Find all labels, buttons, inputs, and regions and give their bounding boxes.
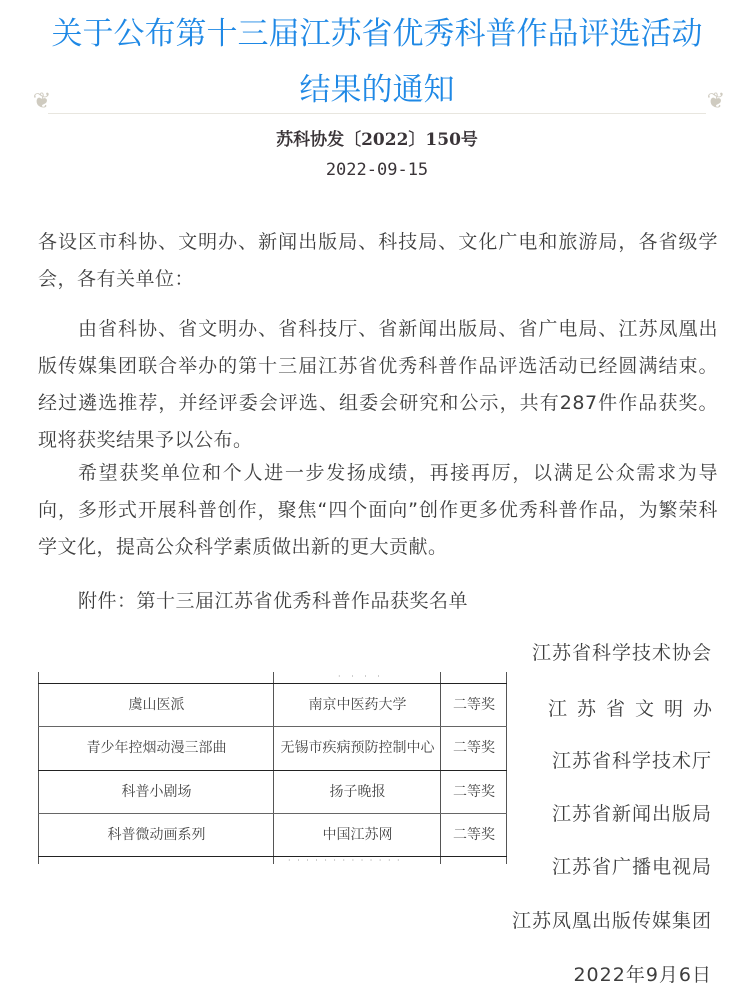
signer: 江苏省文明办 [548, 694, 722, 721]
title-divider [48, 113, 706, 114]
flourish-icon: ❦ [706, 88, 726, 116]
table-cell-work: 科普微动画系列 [39, 814, 274, 857]
page-title-line1: 关于公布第十三届江苏省优秀科普作品评选活动 [0, 14, 754, 54]
signer: 江苏省新闻出版局 [552, 799, 712, 826]
signer: 江苏省科学技术厅 [552, 746, 712, 773]
publish-date: 2022-09-15 [0, 160, 754, 180]
attachment-link[interactable]: 附件：第十三届江苏省优秀科普作品获奖名单 [78, 583, 718, 620]
table-cell-unit: 南京中医药大学 [274, 684, 441, 727]
salutation: 各设区市科协、文明办、新闻出版局、科技局、文化广电和旅游局，各省级学会，各有关单… [38, 224, 718, 298]
page-title-line2: 结果的通知 [0, 70, 754, 110]
body-paragraph-2: 希望获奖单位和个人进一步发扬成绩，再接再厉，以满足公众需求为导向，多形式开展科普… [38, 455, 718, 566]
signing-date: 2022年9月6日 [573, 960, 712, 987]
award-table-image: · · · · 虞山医派 南京中医药大学 二等奖 青少年控烟动漫三部曲 无锡市疾… [38, 672, 507, 864]
table-cell-work: 科普小剧场 [39, 771, 274, 814]
flourish-icon: ❦ [32, 88, 52, 116]
document-number: 苏科协发〔2022〕150号 [0, 125, 754, 150]
signer: 江苏省科学技术协会 [532, 638, 712, 665]
signer: 江苏省广播电视局 [552, 852, 712, 879]
table-cell-award: 二等奖 [441, 814, 507, 857]
table-cell-unit: 中国江苏网 [274, 814, 441, 857]
table-cell-work: 青少年控烟动漫三部曲 [39, 727, 274, 770]
table-cell-award: 二等奖 [441, 771, 507, 814]
body-paragraph-1: 由省科协、省文明办、省科技厅、省新闻出版局、省广电局、江苏凤凰出版传媒集团联合举… [38, 311, 718, 459]
table-cell-unit: 扬子晚报 [274, 771, 441, 814]
clipped-text: · · · · · · · · · · · · · [288, 856, 402, 864]
table-row-border [38, 856, 507, 857]
signer: 江苏凤凰出版传媒集团 [512, 906, 712, 933]
table-cell-award: 二等奖 [441, 684, 507, 727]
table-cell-unit: 无锡市疾病预防控制中心 [274, 727, 441, 770]
clipped-text: · · · · [338, 672, 384, 681]
table-cell-award: 二等奖 [441, 727, 507, 770]
table-cell-work: 虞山医派 [39, 684, 274, 727]
